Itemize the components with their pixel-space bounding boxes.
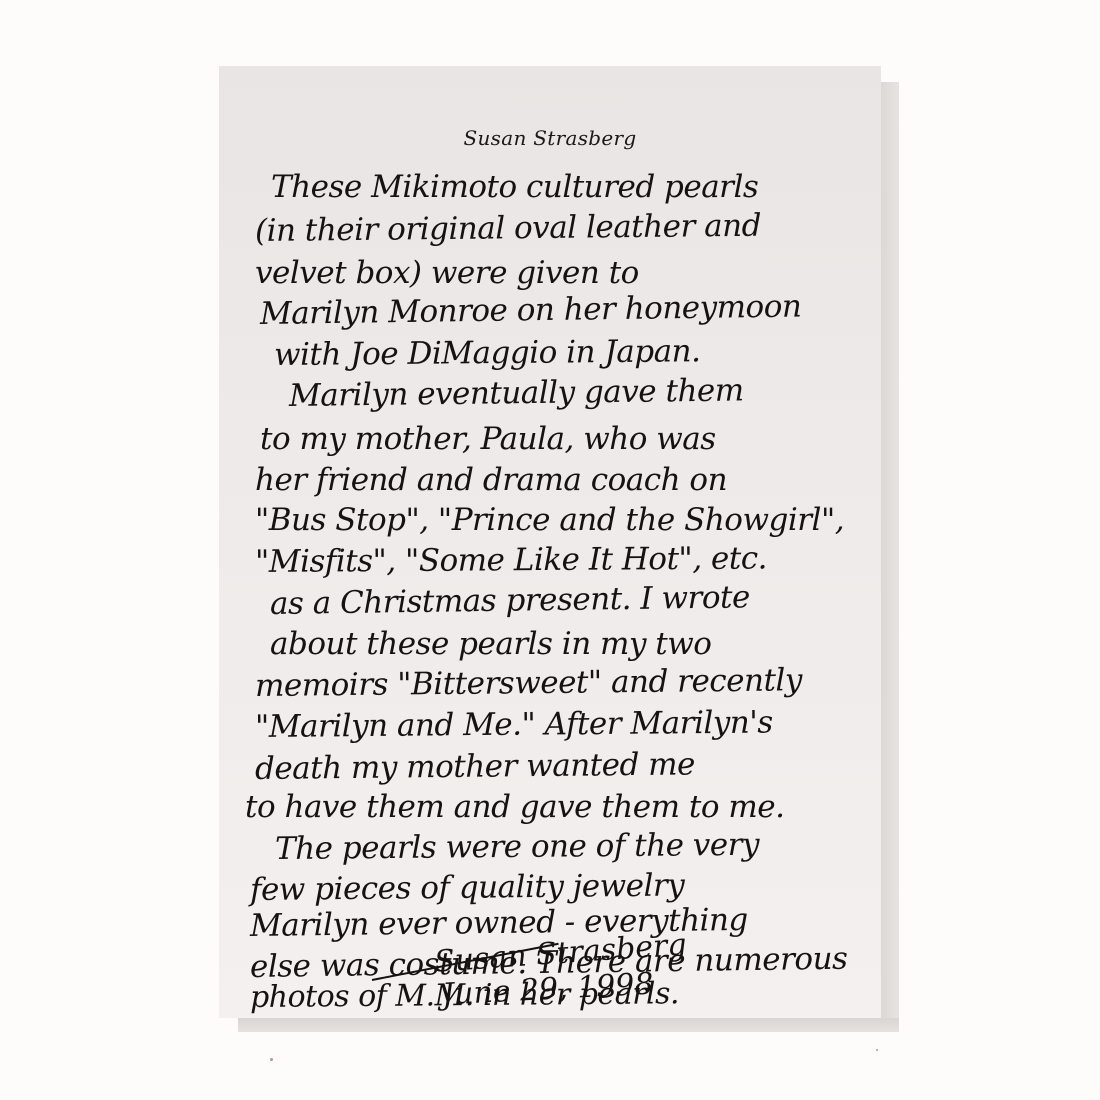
paper-shadow-right [881,82,899,1032]
dust-speck [876,1049,878,1051]
letter-line: Marilyn eventually gave them [289,372,744,414]
letter-line: death my mother wanted me [255,746,695,787]
letter-line: (in their original oval leather and [255,208,761,249]
handwritten-letter: Susan Strasberg These Mikimoto cultured … [219,66,881,1018]
letter-line: to have them and gave them to me. [245,789,784,825]
letter-line: as a Christmas present. I wrote [270,579,750,622]
letter-line: few pieces of quality jewelry [250,867,685,908]
dust-speck [270,1058,273,1061]
letter-line: These Mikimoto cultured pearls [271,169,758,205]
letter-line: her friend and drama coach on [255,462,727,498]
photo-stage: Susan Strasberg These Mikimoto cultured … [0,0,1100,1100]
letter-line: with Joe DiMaggio in Japan. [274,333,701,373]
letter-line: The pearls were one of the very [275,827,759,867]
letter-body: These Mikimoto cultured pearls (in their… [219,66,881,1018]
letter-line: about these pearls in my two [270,626,711,662]
letter-line: "Marilyn and Me." After Marilyn's [255,704,773,745]
letter-line: memoirs "Bittersweet" and recently [255,662,802,704]
letter-line: to my mother, Paula, who was [260,421,716,457]
paper-shadow-bottom [238,1018,899,1032]
letter-line: "Bus Stop", "Prince and the Showgirl", [255,502,844,538]
letter-line: Marilyn Monroe on her honeymoon [260,288,802,332]
letter-line: velvet box) were given to [255,255,639,291]
letter-line: "Misfits", "Some Like It Hot", etc. [255,540,767,580]
